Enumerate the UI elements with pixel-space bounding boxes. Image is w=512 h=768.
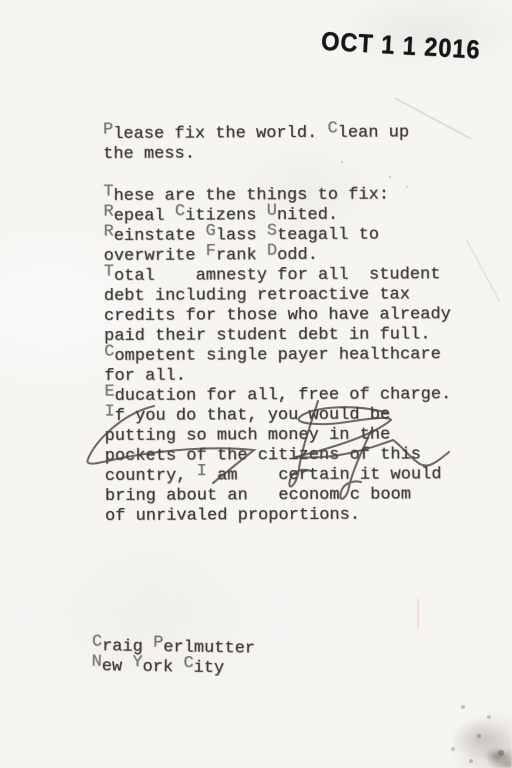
letter-line: for all. (104, 365, 451, 387)
letter-line: If you do that, you would be (104, 405, 451, 427)
scanned-letter-page: { "stamp": { "text": "OCT 1 1 2016" }, "… (0, 0, 512, 768)
date-stamp: OCT 1 1 2016 (320, 27, 481, 66)
letter-line: country, I am certain it would (105, 465, 452, 487)
letter-line: overwrite Frank Dodd. (104, 245, 451, 267)
corner-smudge (382, 648, 512, 768)
letter-line: credits for those who have already (104, 305, 451, 327)
letter-line: bring about an econom c boom (105, 485, 452, 507)
letter-line: paid their student debt in full. (104, 325, 451, 347)
signature-name: Craig Perlmutter (92, 637, 256, 660)
letter-line: pockets of the citizens of this (105, 445, 452, 467)
letter-line: Education for all, free of charge. (104, 385, 451, 407)
letter-line: Total amnesty for all student (104, 265, 451, 287)
paragraph-opening: Please fix the world. Clean up the mess. (103, 123, 450, 165)
signature-city: New York City (91, 657, 255, 680)
letter-line: Competent single payer healthcare (104, 345, 451, 367)
letter-body: Please fix the world. Clean up the mess.… (103, 123, 452, 527)
paper-speckles (0, 0, 2, 2)
letter-line: of unrivaled proportions. (105, 505, 452, 527)
letter-line: putting so much money in the (105, 425, 452, 447)
letter-line: debt including retroactive tax (104, 285, 451, 307)
letter-line: the mess. (103, 143, 450, 165)
letter-line: Please fix the world. Clean up (103, 123, 450, 145)
pink-mark (417, 599, 419, 628)
paragraph-demands: These are the things to fix: Repeal Citi… (103, 185, 452, 527)
signature-block: Craig Perlmutter New York City (91, 637, 255, 680)
paper-crease (466, 239, 500, 301)
